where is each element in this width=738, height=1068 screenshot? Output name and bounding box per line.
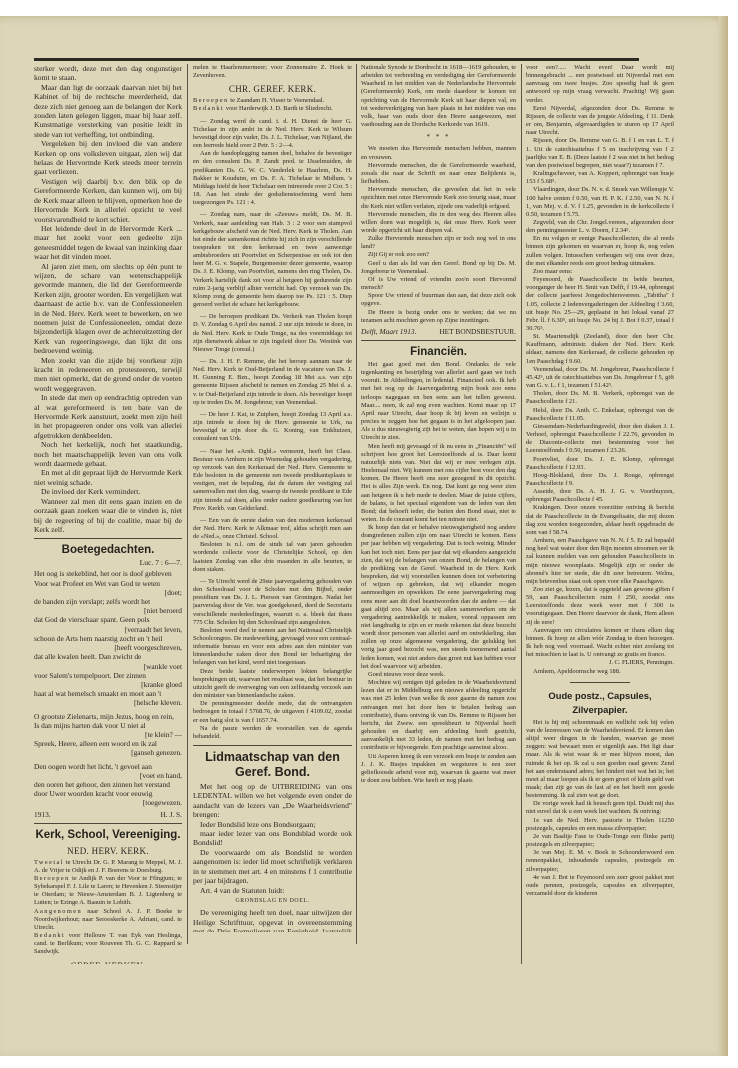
paragraph: Al jaren ziet men, om slechts op één pun… — [34, 262, 182, 356]
poem-line: Voor wat Profeet en Wet van God te weten — [34, 579, 182, 588]
poem: Het oog is stekeblind, het oor is doof g… — [34, 569, 182, 807]
place-date: Delft, Maart 1913. — [361, 328, 416, 336]
paragraph: Eerst Nijverdal, afgezonden door Ds. Rem… — [526, 105, 674, 138]
poem-line: [ganseh genezen. — [34, 748, 182, 757]
paragraph: Asseide, door Ds. A. H. J. G. v. Voorthu… — [526, 488, 674, 504]
paragraph: Krakingen. Door onzen voorzitter ontving… — [526, 504, 674, 537]
lidmaatschap-article: Met het oog op de UITBREIDING van ons LE… — [193, 782, 352, 932]
poem-year: 1913. — [34, 811, 51, 819]
paragraph: 2e van Baaltje Fase te Oude-Tonge een fl… — [526, 833, 674, 849]
column-divider — [187, 64, 188, 944]
news-item: Aan de handoplegging namen deel, behalve… — [193, 150, 352, 207]
poem-initials: H. J. S. — [160, 811, 182, 819]
paragraph: Veenendaal, door Ds. M. Jongebreur, Paas… — [526, 366, 674, 390]
paragraph: Rijssen, door Ds. Remme van G. B. f 1 en… — [526, 137, 674, 170]
paragraph: melen te Haarlemmermeer; voor Zonnemaire… — [193, 64, 352, 80]
paragraph: Tholen, door Ds. M. B. Verkerk, opbrengs… — [526, 390, 674, 406]
paragraph: Ieder Bondslid leze ons Bondsorgaan; — [193, 820, 352, 829]
news-item: — Naar het «Arnh. Dgbl.» verneemt, heeft… — [193, 448, 352, 513]
paragraph: Helsl, door Ds. Anth. C. Enkelaar, opbre… — [526, 407, 674, 423]
poem-line: [kranke gloed — [34, 680, 182, 689]
subsection-title: GEREF. KERKEN. — [34, 960, 182, 964]
paragraph: Feyenoord, de Paaschcollecte in beide be… — [526, 276, 674, 333]
news-item: De penningmeester deelde mede, dat de on… — [193, 700, 352, 724]
notice-item: Beroepen te Zaandam H. Visser te Veenend… — [193, 97, 352, 105]
poem-line: [toegewezen. — [34, 798, 182, 807]
section-rule — [570, 682, 629, 683]
poem-line: voor Salem's tempelpoort. Der zinnen — [34, 671, 182, 680]
paragraph: En met al dit gepraat lijdt de Hervormde… — [34, 468, 182, 487]
paragraph: Met het oog op de UITBREIDING van ons LE… — [193, 782, 352, 820]
news-item: — Zondag nam, naar de «Zeeuw» meldt, Ds.… — [193, 211, 352, 309]
bible-reference: Luc. 7 : 6—7. — [34, 559, 182, 567]
opinion-article: sterker wordt, deze met den dag ongunsti… — [34, 64, 182, 534]
article-title: Lidmaatschap van den Geref. Bond. — [193, 750, 352, 780]
poem-line: [voet en hand, — [34, 771, 182, 780]
paragraph: Het leidende deel in de Hervormde Kerk .… — [34, 224, 182, 262]
poem-line: [wankle voet — [34, 662, 182, 671]
notice-item: Bedankt voor Hellouw T. van Eyk van Hesl… — [34, 932, 182, 956]
notice-item: Aangenomen naar School A. J. P. Boeke te… — [34, 908, 182, 932]
poem-title: Boetegedachten. — [34, 543, 182, 557]
paragraph: Zoo maar eens: — [526, 268, 674, 276]
notice-item: Tweetal te Utrecht Dr. G. P. Marang te M… — [34, 859, 182, 875]
paragraph: Goed nieuws voor deze week. — [361, 671, 516, 679]
paragraph: 1e van de Ned. Herv. pastorie te Tholen … — [526, 817, 674, 833]
poem-line: Is dan mijns harten dak voor U niet al — [34, 721, 182, 730]
paragraph: Wanneer zal men dit eens gaan inzien en … — [34, 497, 182, 535]
section-rule — [34, 538, 182, 539]
poem-line: dat alle kwalen heelt. Dan zwicht de — [34, 652, 182, 661]
news-item: Na de pauze werden de voorstellen van de… — [193, 725, 352, 741]
poem-line: [te klein? — — [34, 730, 182, 739]
article-title: Financiën. — [361, 345, 516, 359]
paragraph: De vereeniging heeft ten doel, naar uitw… — [193, 908, 352, 932]
section-title: Kerk, School, Vereeniging. — [34, 828, 182, 842]
subheading: GRONDSLAG EN DOEL. — [193, 897, 352, 906]
news-item: — De heer J. Kat, te Zutphen, hoopt Zond… — [193, 411, 352, 444]
poem-line: door Uwer woorden kracht voor eeuwig — [34, 789, 182, 798]
paragraph: Zijt Gij er ook zoo een? — [361, 251, 516, 259]
article-title: Oude postz., Capsules, Zilverpapier. — [526, 689, 674, 717]
news-item: — Ds. J. H. F. Remme, die het beroep aan… — [193, 358, 352, 407]
column-divider — [521, 64, 522, 964]
paragraph: maar ieder lezer van ons Bondsblad worde… — [193, 829, 352, 848]
paragraph: De invloed der Kerk vermindert. — [34, 487, 182, 496]
paragraph: Geef u dan als lid van den Geref. Bond o… — [361, 260, 516, 276]
poem-line: Den oogen wordt het licht, 't gevoel aan — [34, 762, 182, 771]
paragraph: Ik hoop dan dat er behalve nieuwsgierigh… — [361, 524, 516, 671]
column-divider — [356, 64, 357, 944]
poem-line: [heeft voorgeschreven, — [34, 643, 182, 652]
news-item: Besloten werd deel te nemen aan het Nati… — [193, 627, 352, 668]
poem-line: Het oog is stekeblind, het oor is doof g… — [34, 569, 182, 578]
paragraph: En nu volgen er eenige Paaschcollecten, … — [526, 235, 674, 268]
paragraph: Aanvragen om circulaires komen er thans … — [526, 627, 674, 660]
news-item: Deze beide laatste onderwerpen lokten be… — [193, 668, 352, 701]
paragraph: De Heere is bezig onder ons te werken; d… — [361, 309, 516, 325]
news-item: — De beroepen predikant Ds. Verkerk van … — [193, 313, 352, 354]
asterism: * * * — [361, 133, 516, 141]
paragraph: Hervormde menschen, die gevoelen dat het… — [361, 186, 516, 210]
notice-item: Beroepen te Andijk P. van der Voor te Ff… — [34, 875, 182, 908]
subsection-title: NED. HERV. KERK. — [34, 845, 182, 857]
paragraph: De voorwaarde om als Bondslid te worden … — [193, 848, 352, 886]
paragraph: Spoor Uw vriend of buurman dan aan, dat … — [361, 292, 516, 308]
paragraph: Het is bij mij schoonmaak en wellicht oo… — [526, 719, 674, 801]
poem-line: [helsche kleven. — [34, 698, 182, 707]
poem-line: de banden zijn verslapt; zelfs wordt het — [34, 597, 182, 606]
subsection-title: CHR. GEREF. KERK. — [193, 83, 352, 95]
poem-line: dat God de vierschaar spant. Geen pols — [34, 615, 182, 624]
poem-line: den ooren het gehoor, den zinnen het ver… — [34, 780, 182, 789]
paragraph: In stede dat men op eendrachtig optreden… — [34, 393, 182, 440]
paragraph: Hoog-Blokland, door Ds. J. Rouge, opbren… — [526, 472, 674, 488]
poem-line: Spreek, Heere, alleen een woord en ik za… — [34, 739, 182, 748]
poem-line: O grootste Zielenarts, mijn Jezus, hoog … — [34, 712, 182, 721]
column-2: melen te Haarlemmermeer; voor Zonnemaire… — [193, 64, 352, 932]
paragraph: Hervormde menschen, die in den weg des H… — [361, 211, 516, 235]
paragraph: St. Maartensdijk (Zeeland), door den hee… — [526, 333, 674, 366]
poem-line: [verraadt het leven, — [34, 625, 182, 634]
poem-line: [niet beroerd — [34, 606, 182, 615]
paragraph: Vergeleken bij den invloed die van ander… — [34, 139, 182, 177]
paragraph: Noch het kerkelijk, noch het staatkundig… — [34, 440, 182, 468]
paragraph: Zegveld, van de Chr. Jongel.vereen., afg… — [526, 219, 674, 235]
notice-item: Bedankt voor Harderwijk J. D. Barth te S… — [193, 105, 352, 113]
column-3: Nationale Synode te Dordrecht in 1618—16… — [361, 64, 516, 954]
section-rule — [361, 340, 516, 341]
paragraph: Uit Asperen kreeg ik een verzoek een bus… — [361, 753, 516, 786]
paragraph: Mochten wij eenigen tijd geleden in de W… — [361, 679, 516, 752]
news-item: — Zondag werd de cand. t. d. H. Dienst d… — [193, 118, 352, 151]
paragraph: Giessendam-Nederhardingsveld, door den d… — [526, 423, 674, 456]
paragraph: 4e van J. Bot te Feyenoord een zeer groo… — [526, 874, 674, 898]
treasurer-signature: J. C. FLIERS, Penningm. — [526, 659, 674, 667]
paragraph: Arnhem, een Paaschgave van N. N. f 5. Er… — [526, 537, 674, 586]
paragraph: Zulke Hervormde menschen zijn er toch no… — [361, 235, 516, 251]
paragraph: Men zoekt van die zijde bij voorkeur zij… — [34, 356, 182, 394]
poem-line: [doet; — [34, 588, 182, 597]
paragraph: Poortvliet, door Ds. J. E. Klomp, opbren… — [526, 456, 674, 472]
paragraph: Zoo ziet ge, lezers, dat is opgeteld aan… — [526, 586, 674, 627]
paragraph: Hervormde menschen, die de Gereformeerde… — [361, 162, 516, 186]
address: Arnhem, Apeldoornsche weg 188. — [526, 668, 674, 676]
poem-signature: 1913. H. J. S. — [34, 811, 182, 819]
paragraph: Nationale Synode te Dordrecht in 1618—16… — [361, 64, 516, 129]
paragraph: Art. 4 van de Statuten luidt: — [193, 886, 352, 895]
paragraph: Vestigen wij daarbij b.v. den blik op de… — [34, 177, 182, 224]
paragraph: 3e van Mej. E. M. v. Boek te Schoonderwo… — [526, 849, 674, 873]
paragraph: Het gaat goed met den Bond. Ondanks de v… — [361, 361, 516, 443]
paragraph: voor een?..... Wacht even! Daar wordt mi… — [526, 64, 674, 105]
paragraph: Kralingscheveer, van A. Koppert, opbreng… — [526, 170, 674, 186]
article-signature: Delft, Maart 1913. HET BONDSBESTUUR. — [361, 328, 516, 336]
page-edge — [718, 16, 728, 1056]
poem-line: haat al wat hemelsch smaakt en moet aan … — [34, 689, 182, 698]
news-item: — Te Utrecht werd de 29ste jaarvergaderi… — [193, 578, 352, 627]
paragraph: We moeten dus Hervormde menschen hebben,… — [361, 145, 516, 161]
paragraph: Maar dan ligt de oorzaak daarvan niet bi… — [34, 83, 182, 139]
author: HET BONDSBESTUUR. — [439, 328, 516, 336]
column-4: voor een?..... Wacht even! Daar wordt mi… — [526, 64, 674, 954]
paragraph: Of is Uw vriend of vriendin zoo'n soort … — [361, 276, 516, 292]
column-1: sterker wordt, deze met den dag ongunsti… — [34, 64, 182, 964]
news-item: — Een van de eerste daden van den modern… — [193, 517, 352, 541]
poem-line: schoon de Arts hem naarstig zocht en 't … — [34, 634, 182, 643]
header-rule — [34, 58, 639, 61]
paragraph: sterker wordt, deze met den dag ongunsti… — [34, 64, 182, 83]
section-rule — [34, 823, 182, 824]
section-rule — [193, 745, 352, 746]
paragraph: De vorige week had ik heusch geen tijd. … — [526, 800, 674, 816]
paragraph: Men heeft mij gevraagd of ik nu eens in … — [361, 443, 516, 525]
paragraph: Vlaardingen, door Ds. N. v. d. Snoek van… — [526, 186, 674, 219]
news-item: Besloten is n.l. om de sinds tal van jar… — [193, 541, 352, 574]
